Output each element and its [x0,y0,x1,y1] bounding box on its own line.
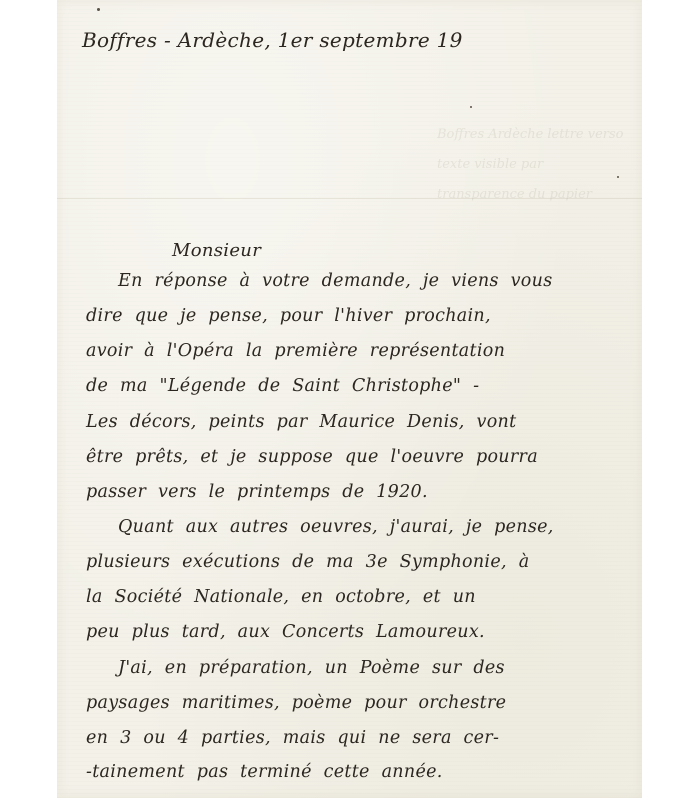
letter-line: avoir à l'Opéra la première représentati… [86,341,505,361]
letter-line: paysages maritimes, poème pour orchestre [86,693,506,713]
letter-line: J'ai, en préparation, un Poème sur des [118,658,505,678]
letter-line: passer vers le printemps de 1920. [86,482,428,502]
letter-line: Les décors, peints par Maurice Denis, vo… [86,412,516,432]
paper-speck [97,8,100,11]
letter-salutation: Monsieur [172,240,261,261]
letter-line: être prêts, et je suppose que l'oeuvre p… [86,447,538,467]
letter-line: -tainement pas terminé cette année. [86,762,443,782]
letter-line: de ma "Légende de Saint Christophe" - [86,376,479,396]
letter-line: dire que je pense, pour l'hiver prochain… [86,306,491,326]
paper-speck [617,176,619,178]
letter-place-date: Boffres - Ardèche, 1er septembre 19 [82,28,463,52]
letter-line: Quant aux autres oeuvres, j'aurai, je pe… [118,517,554,537]
letter-paper: Boffres Ardèche lettre verso texte visib… [57,0,642,798]
letter-line: plusieurs exécutions de ma 3e Symphonie,… [86,552,529,572]
paper-speck [470,106,472,108]
letter-line: en 3 ou 4 parties, mais qui ne sera cer- [86,728,499,748]
letter-line: En réponse à votre demande, je viens vou… [118,271,553,291]
bleed-through-text: Boffres Ardèche lettre verso texte visib… [437,120,627,290]
letter-line: la Société Nationale, en octobre, et un [86,587,476,607]
letter-line: peu plus tard, aux Concerts Lamoureux. [86,622,485,642]
